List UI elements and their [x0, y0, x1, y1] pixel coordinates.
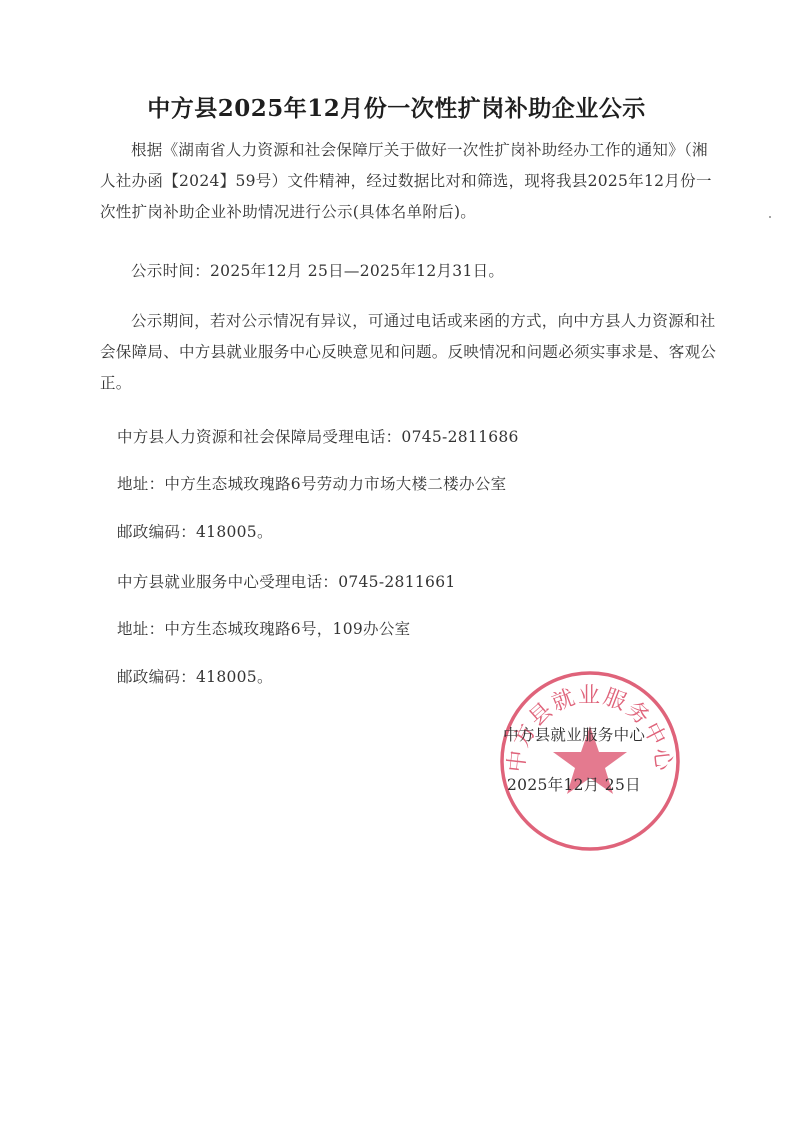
employment-center-phone: 中方县就业服务中心受理电话：0745-2811661: [117, 570, 456, 592]
publicity-period: 公示时间：2025年12月 25日—2025年12月31日。: [100, 256, 720, 287]
employment-center-address: 地址：中方生态城玫瑰路6号，109办公室: [117, 617, 410, 639]
hrss-phone: 中方县人力资源和社会保障局受理电话：0745-2811686: [117, 425, 519, 447]
signature-organization: 中方县就业服务中心: [503, 723, 645, 745]
document-page: 中方县2025年12月份一次性扩岗补助企业公示 根据《湖南省人力资源和社会保障厅…: [0, 0, 793, 1122]
document-title: 中方县2025年12月份一次性扩岗补助企业公示: [0, 90, 793, 123]
signature-date: 2025年12月 25日: [507, 773, 641, 795]
objection-paragraph: 公示期间，若对公示情况有异议，可通过电话或来函的方式，向中方县人力资源和社会保障…: [100, 306, 720, 399]
official-seal: 中方县就业服务中心: [497, 668, 683, 854]
scan-speck: [769, 216, 771, 218]
intro-paragraph: 根据《湖南省人力资源和社会保障厅关于做好一次性扩岗补助经办工作的通知》（湘人社办…: [100, 135, 720, 228]
hrss-postcode: 邮政编码：418005。: [117, 520, 273, 542]
employment-center-postcode: 邮政编码：418005。: [117, 665, 273, 687]
hrss-address: 地址：中方生态城玫瑰路6号劳动力市场大楼二楼办公室: [117, 472, 506, 494]
